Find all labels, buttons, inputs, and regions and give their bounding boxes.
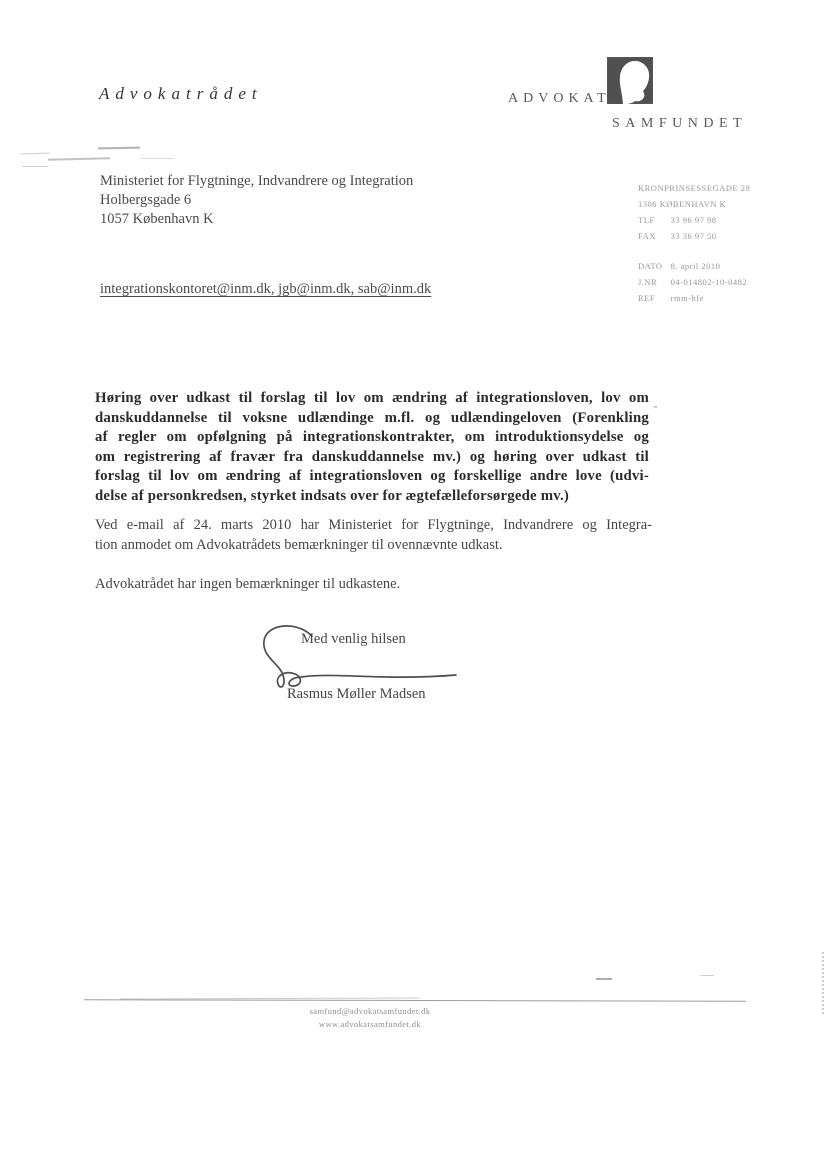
subject-line: om registrering af fravær fra danskuddan…: [95, 448, 649, 468]
scan-smudge: [98, 147, 140, 150]
footer-contact-block: samfund@advokatsamfundet.dk www.advokats…: [240, 1005, 500, 1031]
subject-line: delse af personkredsen, styrket indsats …: [95, 487, 649, 507]
phone-label: TLF: [638, 212, 668, 228]
recipient-line: 1057 København K: [100, 210, 413, 229]
recipient-line: Holbergsgade 6: [100, 191, 413, 210]
subject-paragraph: Høring over udkast til forslag til lov o…: [95, 389, 649, 507]
advokatraadet-wordmark: Advokatrådet: [99, 84, 263, 104]
sender-contact-block: KRONPRINSESSEGADE 28 1306 KØBENHAVN K TL…: [638, 180, 813, 306]
footer-email: samfund@advokatsamfundet.dk: [240, 1005, 500, 1018]
fax-value: 33 36 97 50: [671, 231, 717, 241]
recipient-address-block: Ministeriet for Flygtninge, Indvandrere …: [100, 172, 413, 229]
footer-website: www.advokatsamfundet.dk: [240, 1018, 500, 1031]
scan-smudge: [700, 975, 714, 976]
subject-line: forslag til lov om ændring af integratio…: [95, 467, 649, 487]
date-label: DATO: [638, 258, 668, 274]
fax-label: FAX: [638, 228, 668, 244]
subject-line: af regler om opfølgning på integrationsk…: [95, 428, 649, 448]
body-line: tion anmodet om Advokatrådets bemærkning…: [95, 536, 652, 556]
spacer: [638, 244, 813, 258]
scanned-letter-page: Advokatrådet ADVOKAT SAMFUNDET Ministeri…: [0, 0, 827, 1169]
reference-label: REF: [638, 290, 668, 306]
body-paragraph-2: Advokatrådet har ingen bemærkninger til …: [95, 576, 400, 593]
email-recipients-line: integrationskontoret@inm.dk, jgb@inm.dk,…: [100, 281, 431, 298]
sender-phone-row: TLF 33 96 97 98: [638, 212, 813, 228]
date-value: 8. april 2010: [671, 261, 721, 271]
body-paragraph-1: Ved e-mail af 24. marts 2010 har Ministe…: [95, 516, 652, 555]
sender-street: KRONPRINSESSEGADE 28: [638, 180, 813, 196]
subject-line: danskuddannelse til voksne udlændinge m.…: [95, 409, 649, 429]
scan-smudge: [140, 158, 174, 159]
sender-fax-row: FAX 33 36 97 50: [638, 228, 813, 244]
reference-value: rmm-hfe: [671, 293, 704, 303]
closing-salutation: Med venlig hilsen: [301, 631, 406, 648]
journal-number-row: J.NR 04-014802-10-0482: [638, 274, 813, 290]
sender-city: 1306 KØBENHAVN K: [638, 196, 813, 212]
journal-label: J.NR: [638, 274, 668, 290]
signatory-name: Rasmus Møller Madsen: [287, 686, 426, 703]
scan-smudge: [22, 166, 48, 167]
scan-smudge: [654, 406, 657, 408]
date-row: DATO 8. april 2010: [638, 258, 813, 274]
phone-value: 33 96 97 98: [671, 215, 717, 225]
scan-smudge: [48, 157, 110, 161]
scan-edge-dots: [822, 952, 824, 1014]
advokatsamfundet-logo: ADVOKAT SAMFUNDET: [508, 55, 768, 140]
reference-row: REF rmm-hfe: [638, 290, 813, 306]
body-line: Ved e-mail af 24. marts 2010 har Ministe…: [95, 516, 652, 536]
subject-line: Høring over udkast til forslag til lov o…: [95, 389, 649, 409]
footer-divider: [84, 999, 746, 1001]
logo-word-advokat: ADVOKAT: [508, 91, 611, 107]
head-profile-emblem-icon: [607, 57, 653, 104]
logo-word-samfundet: SAMFUNDET: [612, 116, 747, 132]
journal-value: 04-014802-10-0482: [671, 277, 748, 287]
scan-smudge: [20, 152, 50, 154]
recipient-line: Ministeriet for Flygtninge, Indvandrere …: [100, 172, 413, 191]
scan-smudge: [596, 978, 612, 980]
